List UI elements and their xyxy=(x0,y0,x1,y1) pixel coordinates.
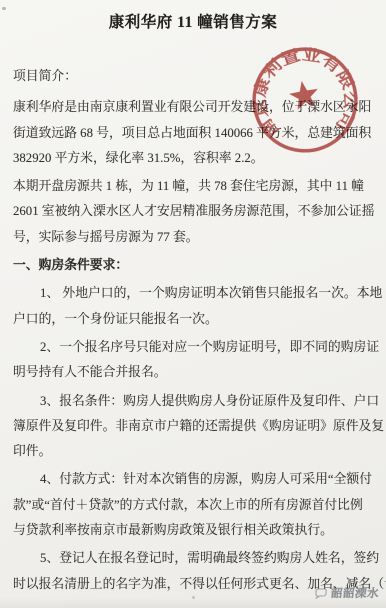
list-item-3-line: 印件。 xyxy=(13,439,373,464)
body-line: 2601 室被纳入溧水区人才安居精准服务房源范围，不参加公证摇 xyxy=(13,199,373,224)
watermark-logo-icon xyxy=(314,588,328,599)
list-item-2-line: 2、一个报名序号只能对应一个购房证明号，即不同的购房证 xyxy=(13,335,373,360)
list-item-3-line: 簿原件及复印件。非南京市户籍的还需提供《购房证明》原件及复 xyxy=(13,414,373,439)
list-item-3-line: 3、报名条件：购房人提供购房人身份证原件及复印件、户口 xyxy=(13,389,373,414)
list-item-4-line: 款”或“首付＋贷款”的方式付款，本次上市的所有房源首付比例 xyxy=(13,493,373,518)
body-line: 382920 平方米，绿化率 31.5%，容积率 2.2。 xyxy=(13,146,373,171)
media-watermark: 韶韶溧水 xyxy=(314,585,380,601)
list-item-4-line: 4、付款方式：针对本次销售的房源，购房人可采用“全额付 xyxy=(13,467,373,492)
list-item-4-line: 与贷款利率按南京市最新购房政策及银行相关政策执行。 xyxy=(13,518,373,543)
document-page: 康利华府 11 幢销售方案 项目简介： 康利华府是由南京康利置业有限公司开发建设… xyxy=(0,0,386,608)
document-body: 康利华府 11 幢销售方案 项目简介： 康利华府是由南京康利置业有限公司开发建设… xyxy=(0,0,386,597)
section-heading-conditions: 一、购房条件要求： xyxy=(13,253,373,278)
document-title: 康利华府 11 幢销售方案 xyxy=(13,0,373,35)
list-item-1-line: 户口的，一个身份证只能报名一次。 xyxy=(13,307,373,332)
watermark-text: 韶韶溧水 xyxy=(330,585,380,601)
list-item-2-line: 明号持有人不能合并报名。 xyxy=(13,360,373,385)
body-line: 街道致远路 68 号，项目总占地面积 140066 平方米，总建筑面积 xyxy=(13,121,373,146)
body-line: 号，实际参与摇号房源为 77 套。 xyxy=(13,225,373,250)
section-label-intro: 项目简介： xyxy=(13,64,373,89)
body-line: 本期开盘房源共 1 栋，为 11 幢，共 78 套住宅房源，其中 11 幢 xyxy=(13,174,373,199)
list-item-5-line: 5、登记人在报名登记时，需明确最终签约购房人姓名，签约 xyxy=(13,546,373,571)
body-line: 康利华府是由南京康利置业有限公司开发建设，位于溧水区永阳 xyxy=(13,95,373,120)
list-item-1-line: 1、 外地户口的，一个购房证明本次销售只能报名一次。本地 xyxy=(13,281,373,306)
